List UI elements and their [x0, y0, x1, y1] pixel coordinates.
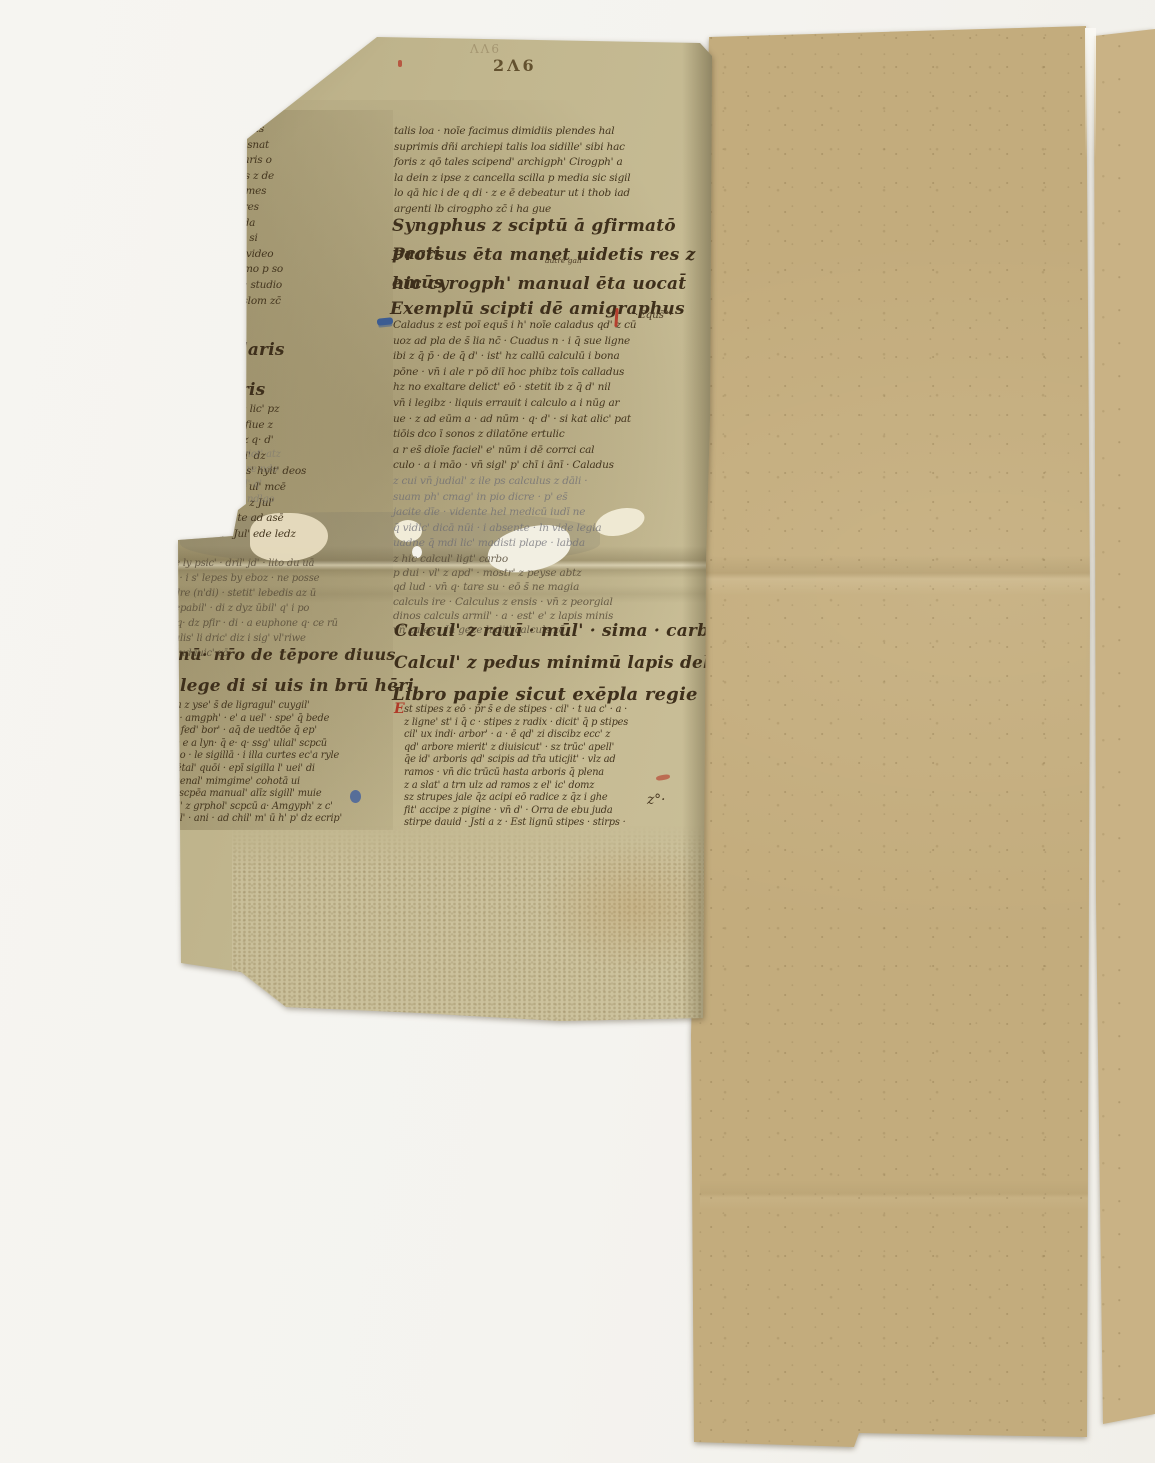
right-column-faded-lines: z cui vn̄ judial' z ile ps calculus z dā… [393, 474, 695, 552]
interlinear-gloss: autre gall' [545, 256, 584, 265]
right-column-text-block-3: st stipes z eō · p̄r s̄ e de stipes · ci… [404, 704, 694, 830]
blue-ink-flourish [350, 790, 361, 803]
right-column-text-block-1: talis loa · noīe facimus dimidiis plende… [394, 124, 694, 218]
red-ink-dot [398, 60, 402, 67]
left-column-heading-1: sint laris [198, 336, 285, 364]
left-column-text-block-4: z a z yse' s̄ de ligragul' cuygil' g' · … [168, 700, 403, 826]
folio-number-showthrough: ΛΛ6 [470, 42, 501, 56]
left-column-heading-2: ō q· laris [180, 376, 265, 404]
left-column-faded-lines: s' cal' · souic cyriot' atz lig' qd' pec… [168, 447, 398, 507]
left-column-heading-3: nū· nr̄o de tēpore diuus [178, 645, 396, 664]
right-column-heading-calcul-1: Calcul' z rauī · mūl' · sima · carbo [394, 617, 721, 645]
right-column-text-block-2: Caladus z est poī equs̄ i h' noīe caladu… [393, 318, 695, 474]
rubricated-initial: E [394, 703, 404, 716]
parchment-fragment: ΛΛ6 2Λ6 tis z q̄y sigfics mas ust' z tal… [0, 0, 1155, 1463]
aging-stain [540, 842, 730, 972]
left-column-text-block-1: tis z q̄y sigfics mas ust' z tale ī gr̄e… [168, 122, 398, 309]
right-column-heading-cyrograph: hic cyrogph' manual ēta uocat̄ [392, 270, 704, 298]
folio-number: 2Λ6 [493, 56, 537, 75]
parchment-suede-texture [232, 826, 712, 1026]
blue-paraph-mark [377, 317, 394, 326]
right-column-heading-calcul-2: Calcul' z pedus minimū lapis delicatus [394, 649, 769, 677]
manuscript-photo: ΛΛ6 2Λ6 tis z q̄y sigfics mas ust' z tal… [0, 0, 1155, 1463]
marginal-mark: z°· [647, 792, 665, 808]
left-column-heading-4: lege di si uis in brū hēri [180, 672, 414, 700]
